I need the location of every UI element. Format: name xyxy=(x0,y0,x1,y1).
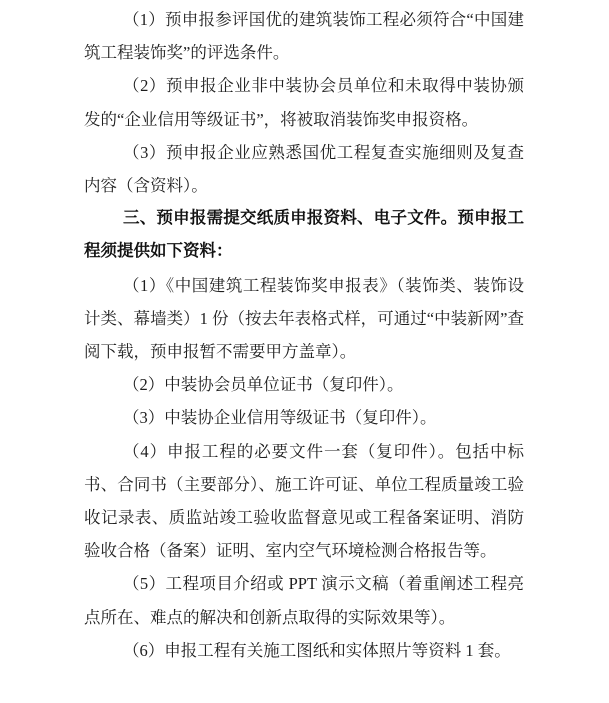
paragraph-list-item-1: （1）《中国建筑工程装饰奖申报表》（装饰类、装饰设计类、幕墙类）1 份（按去年表… xyxy=(84,269,524,369)
paragraph-item-1: （1）预申报参评国优的建筑装饰工程必须符合“中国建筑工程装饰奖”的评选条件。 xyxy=(84,3,524,69)
paragraph-list-item-4: （4）申报工程的必要文件一套（复印件）。包括中标书、合同书（主要部分）、施工许可… xyxy=(84,435,524,568)
paragraph-list-item-2: （2）中装协会员单位证书（复印件）。 xyxy=(84,368,524,401)
paragraph-item-3: （3）预申报企业应熟悉国优工程复查实施细则及复查内容（含资料）。 xyxy=(84,136,524,202)
paragraph-list-item-3: （3）中装协企业信用等级证书（复印件）。 xyxy=(84,401,524,434)
document-page: （1）预申报参评国优的建筑装饰工程必须符合“中国建筑工程装饰奖”的评选条件。 （… xyxy=(0,0,609,703)
paragraph-list-item-5: （5）工程项目介绍或 PPT 演示文稿（着重阐述工程亮点所在、难点的解决和创新点… xyxy=(84,567,524,633)
paragraph-list-item-6: （6）申报工程有关施工图纸和实体照片等资料 1 套。 xyxy=(84,634,524,667)
paragraph-item-2: （2）预申报企业非中装协会员单位和未取得中装协颁发的“企业信用等级证书”，将被取… xyxy=(84,69,524,135)
section-heading-3: 三、预申报需提交纸质申报资料、电子文件。预申报工程须提供如下资料： xyxy=(84,202,524,268)
